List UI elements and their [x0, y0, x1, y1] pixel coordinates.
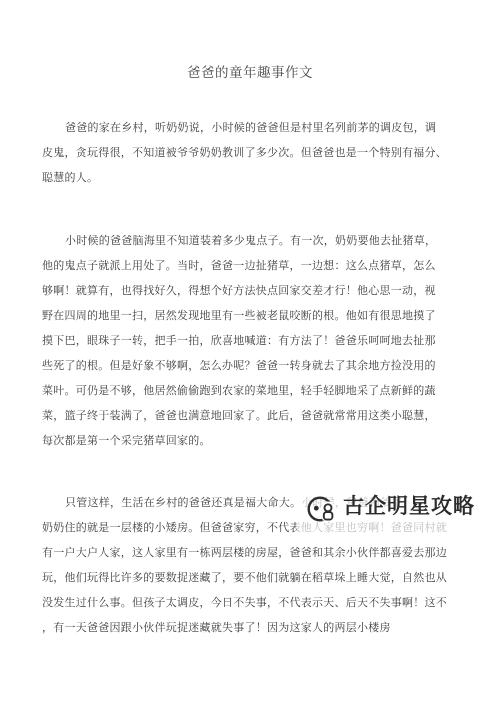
paragraph: 小时候的爸爸脑海里不知道装着多少鬼点子。有一次，奶奶要他去扯猪草，他的鬼点子就派… — [42, 229, 452, 454]
text-line: ，有一天爸爸因跟小伙伴玩捉迷藏就失事了！因为这家人的两层小楼房 — [42, 616, 452, 641]
text-line: 聪慧的人。 — [42, 166, 452, 191]
text-line: 玩，他们玩得比许多的要数捉迷藏了，要不他们就躺在稻草垛上睡大觉，自然也从 — [42, 566, 452, 591]
text-line: 小时候的爸爸脑海里不知道装着多少鬼点子。有一次，奶奶要他去扯猪草， — [42, 229, 452, 254]
document-title: 爸爸的童年趣事作文 — [0, 60, 500, 85]
text-line: 他的鬼点子就派上用处了。当时，爸爸一边扯猪草，一边想：这么点猪草，怎么 — [42, 254, 452, 279]
text-line: 皮鬼，贪玩得很，不知道被爷爷奶奶教训了多少次。但爸爸也是一个特别有福分、 — [42, 141, 452, 166]
text-line: 有一户大户人家，这人家里有一栋两层楼的房屋，爸爸和其余小伙伴都喜爱去那边 — [42, 541, 452, 566]
text-line: 每次都是第一个采完猪草回家的。 — [42, 429, 452, 454]
watermark: 古企明星攻略 — [297, 486, 483, 540]
watermark-text: 古企明星攻略 — [343, 494, 475, 520]
text-line: 够啊！就算有，也得找好久，得想个好方法快点回家交差才行！他心思一动，视 — [42, 279, 452, 304]
text-line: 菜，篮子终于装满了，爸爸也满意地回家了。此后，爸爸就常常用这类小聪慧， — [42, 404, 452, 429]
text-line: 野在四周的地里一扫，居然发现地里有一些被老鼠咬断的根。他如有很思地摸了 — [42, 304, 452, 329]
paragraph: 爸爸的家在乡村，听奶奶说，小时候的爸爸但是村里名列前茅的调皮包，调皮鬼，贪玩得很… — [42, 116, 452, 191]
text-line: 爸爸的家在乡村，听奶奶说，小时候的爸爸但是村里名列前茅的调皮包，调 — [42, 116, 452, 141]
text-line: 菜叶。可仍是不够，他居然偷偷跑到农家的菜地里，轻手轻脚地采了点新鲜的蔬 — [42, 379, 452, 404]
text-line: 摸下巴，眼珠子一转，把手一拍，欣喜地喊道：有方法了！爸爸乐呵呵地去扯那 — [42, 329, 452, 354]
text-line: 些死了的根。但是好象不够啊，怎么办呢？爸爸一转身就去了其余地方捡没用的 — [42, 354, 452, 379]
text-line: 没发生过什么事。但孩子太调皮，今日不失事，不代表示天、后天不失事啊！这不 — [42, 591, 452, 616]
document-page: 爸爸的童年趣事作文 爸爸的家在乡村，听奶奶说，小时候的爸爸但是村里名列前茅的调皮… — [0, 0, 500, 708]
watermark-person-in-circle-logo-icon — [307, 494, 337, 524]
